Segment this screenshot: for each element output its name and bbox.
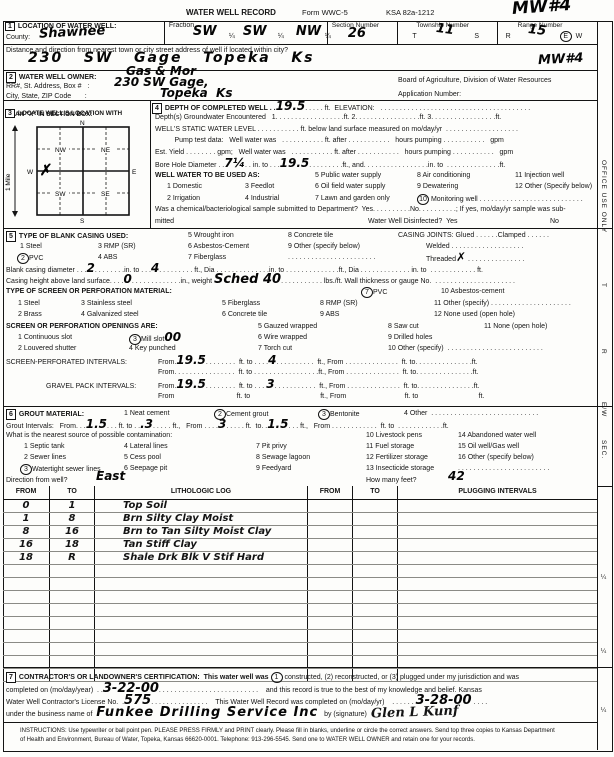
plug-interval-value [398,552,597,564]
office-use-label: SEC. [600,440,607,459]
casing-option-1: 1 Steel [20,242,42,251]
threaded-dots: . . . . . . . . . . . . . . . [466,256,524,263]
plug-interval-value [398,630,597,642]
plug-from-value [308,526,353,538]
screen-material-11: 11 Other (specify) . . . . . . . . . . .… [434,299,571,308]
strip-divider [598,667,612,668]
office-use-label: ¼ [600,574,607,582]
plug-from-value [308,591,353,603]
plug-to-value [353,643,398,655]
plug-from-value [308,539,353,551]
strip-divider [598,486,612,487]
contamination-6: 6 Seepage pit [124,464,167,473]
fraction-label: Fraction [169,22,194,29]
from-value: 8 [3,526,50,538]
to-value [50,643,95,655]
contamination-other-dots: . . . . . . . . . . . . . . . . . . . . … [458,464,549,473]
from-value [3,630,50,642]
gpi-from-handwritten: 19.5 [176,377,206,391]
plug-interval-value [398,565,597,577]
divider [3,228,597,229]
use-option-6: 6 Oil field water supply [315,182,385,191]
x-mark-handwritten: ✗ [38,161,53,179]
chem-sample-line: Was a chemical/bacteriological sample su… [155,205,566,216]
pump-test-line: Pump test data: Well water was . . . . .… [155,136,504,147]
from-value [3,565,50,577]
screen-material-2: 2 Brass [18,310,42,319]
grout-mid1: . . . ft. to . . [107,423,140,430]
use-option-7: 7 Lawn and garden only [315,194,390,203]
business-name-label: under the business name of [6,711,96,718]
col-to-1: TO [50,486,95,499]
opening-option-3-label: Mill slot [141,336,164,343]
plug-interval-value [398,643,597,655]
from-value [3,591,50,603]
from-value: 18 [3,552,50,564]
from-value [3,578,50,590]
completed-on-label: completed on (mo/day/year) . . [6,687,103,694]
township-t-label: T [412,33,416,40]
divider [3,44,597,45]
use-option-3: 3 Feedlot [245,182,274,191]
mitted-label: mitted [155,217,174,226]
casing-option-6: 6 Asbestos-Cement [188,242,249,251]
use-option-1: 1 Domestic [167,182,202,191]
south-label: S [80,218,85,225]
plug-to-value [353,604,398,616]
range-w-label: W [576,33,583,40]
plug-to-value [353,578,398,590]
grout-to2-handwritten: 1.5 [267,417,288,431]
contamination-3-circled: 3 [20,464,32,475]
to-value [50,591,95,603]
lithology-value [95,604,308,616]
use-option-2: 2 Irrigation [167,194,200,203]
fraction2-handwritten: SW [243,27,267,37]
form-title: WATER WELL RECORD [186,8,276,19]
col-from-1: FROM [3,486,50,499]
bore-rest-label: . . . . . . . . .ft., and. . . . . . . .… [309,162,505,169]
est-yield-line: Est. Yield . . . . . . . . gpm; Well wat… [155,148,513,159]
contamination-12: 12 Fertilizer storage [366,453,428,462]
contamination-label: What is the nearest source of possible c… [6,431,172,440]
casing-joints-label: CASING JOINTS: Glued . . . . . .Clamped … [398,231,549,240]
opening-option-4: 4 Key punched [129,344,176,353]
to-value [50,630,95,642]
table-row [3,630,597,643]
plug-to-value [353,526,398,538]
opening-option-8: 8 Saw cut [388,322,419,331]
section6-title: GROUT MATERIAL: [19,411,84,418]
plug-interval-value [398,513,597,525]
contamination-9: 9 Feedyard [256,464,291,473]
grout-mid3: . . . . . ft. to. . [226,423,267,430]
lithology-value [95,591,308,603]
gpi-rest-label: . . . . . . . . . . . ft., From . . . . … [275,383,480,390]
lithology-value [95,578,308,590]
screen-material-12: 12 None used (open hole) [434,310,515,319]
elevation-label: . . . . . ft. ELEVATION: . . . . . . . .… [305,105,530,112]
contamination-16: 16 Other (specify below) [458,453,534,462]
section1-location-row: 1LOCATION OF WATER WELL: County: Shawnee… [3,21,597,44]
contamination-10: 10 Livestock pens [366,431,422,440]
section3-number: 3 [5,109,15,118]
casing-option-8: 8 Concrete tile [288,231,333,240]
casing-option-7: 7 Fiberglass [188,253,226,262]
plug-from-value [308,565,353,577]
nw-label: NW [55,147,67,154]
table-row [3,604,597,617]
form-statute: KSA 82a-1212 [386,8,434,19]
plug-to-value [353,617,398,629]
disinfected-label: Water Well Disinfected? Yes [368,217,458,226]
gravel-pack-label: GRAVEL PACK INTERVALS: [6,382,158,391]
casing-option-4: 4 ABS [98,253,117,262]
use-option-12: 12 Other (Specify below) [515,182,592,191]
gpi-to-handwritten: 3 [266,377,274,391]
lithologic-table: FROM TO LITHOLOGIC LOG FROM TO PLUGGING … [3,486,597,682]
north-label: N [80,120,85,127]
lithology-value: Shale Drk Blk V Stif Hard [95,552,308,564]
from-value [3,617,50,629]
section1-number: 1 [5,22,15,31]
sw-label: SW [55,191,66,198]
plug-to-value [353,552,398,564]
screen-intervals-line2: From. . . . . . . . . . . . . . . . ft. … [158,368,479,379]
business-name-handwritten: Funkee Drilling Service Inc [96,705,318,720]
well-id-handwritten-top: MW#4 [512,0,572,16]
use-option-11: 11 Injection well [515,171,564,180]
section5-number: 5 [6,231,16,242]
grout-rest: . . . ft., From . . . . . . . . . . . . … [288,423,448,430]
township-s-label: S [474,33,479,40]
constructed-1-circled: 1 [271,672,283,683]
township-cell: Township Number T 11 S [397,21,496,44]
form-number: Form WWC-5 [302,8,348,19]
plug-from-value [308,630,353,642]
plug-to-value [353,500,398,512]
water-well-record-form: WATER WELL RECORD Form WWC-5 KSA 82a-121… [0,0,614,757]
county-cell: 1LOCATION OF WATER WELL: County: Shawnee [3,21,164,44]
office-use-label: OFFICE USE ONLY [600,160,607,233]
county-value-handwritten: Shawnee [39,26,106,39]
grout-intervals-label: Grout Intervals: From. . . [6,423,86,430]
lithology-value: Brn Silty Clay Moist [95,513,308,525]
screen-material-5: 5 Fiberglass [222,299,260,308]
screen-material-7-circled: 7 [361,287,373,298]
section-number-cell: Section Number 26 [327,21,398,44]
welded-label: Welded . . . . . . . . . . . . . . . . .… [426,242,524,251]
contamination-8: 8 Sewage lagoon [256,453,310,462]
direction-handwritten: East [96,472,125,481]
casing-other-dots: . . . . . . . . . . . . . . . . . . . . … [288,253,376,262]
grout-option-3-label: Bentonite [330,411,360,418]
screen-material-7-label: PVC [373,289,387,296]
to-value: 18 [50,539,95,551]
from-value [3,643,50,655]
from-value: 1 [3,513,50,525]
grout-option-4: 4 Other . . . . . . . . . . . . . . . . … [404,409,538,418]
plug-from-value [308,578,353,590]
casing-option-3: 3 RMP (SR) [98,242,136,251]
fraction-cell: Fraction SW ¼ SW ¼ NW ¼ [164,21,327,44]
bore-depth-handwritten: 19.5 [280,156,310,170]
fraction1-handwritten: SW [193,27,217,37]
office-use-label: E/W [600,402,607,417]
use-option-4: 4 Industrial [245,194,279,203]
grout-option-3-circled: 3 [318,409,330,420]
from-value [3,604,50,616]
use-option-10-label: Monitoring well . . . . . . . . . . . . … [431,196,583,203]
township-value-handwritten: 11 [436,24,455,36]
threaded-x-handwritten: ✗ [456,250,466,264]
plug-to-value [353,539,398,551]
divider [3,70,597,71]
table-row: 8 16 Brn to Tan Silty Moist Clay [3,526,597,539]
table-row [3,617,597,630]
opening-option-6: 6 Wire wrapped [258,333,307,342]
by-signature-label: by (signature) [318,711,371,718]
screen-material-4: 4 Galvanized steel [81,310,139,319]
plug-from-value [308,552,353,564]
opening-option-2: 2 Louvered shutter [18,344,76,353]
casing-option-2-label: PVC [29,255,43,262]
col-lithologic-log: LITHOLOGIC LOG [95,486,308,499]
contamination-15: 15 Oil well/Gas well [458,442,519,451]
how-many-feet-label: How many feet? [366,476,417,485]
plug-from-value [308,643,353,655]
gpi-mid-label: . . . . . . . . ft. to . . . [206,383,266,390]
to-value [50,617,95,629]
use-option-5: 5 Public water supply [315,171,381,180]
east-label: E [132,169,137,176]
col-to-2: TO [353,486,398,499]
divider [3,667,597,668]
col-from-2: FROM [308,486,353,499]
section6-number: 6 [6,409,16,420]
contamination-4: 4 Lateral lines [124,442,168,451]
west-label: W [27,169,34,176]
spi-mid-label: . . . . . . . . ft. to . . . . [206,359,268,366]
plug-interval-value [398,604,597,616]
casing-diameter-handwritten: 2 [87,261,95,275]
section-box-diagram: 1 Mile NW NE SW SE N S W E ✗ [3,119,150,227]
certification-title: CONTRACTOR'S OR LANDOWNER'S CERTIFICATIO… [19,674,271,681]
plug-from-value [308,617,353,629]
static-water-level-line: WELL'S STATIC WATER LEVEL . . . . . . . … [155,125,518,136]
section3-panel: 3LOCATE WELL'S LOCATION WITH AN "X" IN S… [3,100,151,228]
screen-intervals-label: SCREEN-PERFORATED INTERVALS: [6,358,158,367]
table-row [3,591,597,604]
bore-into-label: . . in. to . . . [245,162,280,169]
casing-rest-label: . . . . . . . . . ft., Dia . . . . . . .… [159,267,483,274]
section3-title-line2: AN "X" IN SECTION BOX: [15,111,92,118]
well-id-handwritten-side: MW#4 [538,54,584,66]
contamination-2: 2 Sewer lines [24,453,66,462]
contamination-11: 11 Fuel storage [366,442,414,451]
divider [3,406,597,407]
grout-mid2: . . . . . ft., From . . . . [153,423,218,430]
range-east-circled: E [560,31,572,42]
table-row [3,578,597,591]
spi-rest-label: . . . . . . . . . . ft., From . . . . . … [277,359,478,366]
to-value: 1 [50,500,95,512]
plug-interval-value [398,526,597,538]
divider [3,722,597,723]
casing-height-handwritten: 0 [124,272,132,286]
gravel-pack-line2: From ft. to ft., From ft. to ft. [158,392,484,403]
to-value: 16 [50,526,95,538]
range-r-label: R [506,33,511,40]
screen-openings-label: SCREEN OR PERFORATION OPENINGS ARE: [6,322,158,331]
plug-from-value [308,513,353,525]
threaded-label: Threaded [426,256,456,263]
lithology-value: Tan Stiff Clay [95,539,308,551]
plug-interval-value [398,617,597,629]
bore-diameter-handwritten: 7¼ [224,156,245,170]
office-use-label: ¼ [600,707,607,715]
gpi-from-label: From. [158,383,176,390]
plug-to-value [353,591,398,603]
groundwater-encountered-line: Depth(s) Groundwater Encountered 1. . . … [155,113,501,124]
grout-to1-handwritten: .3 [140,417,153,431]
ne-label: NE [101,147,111,154]
fraction3-handwritten: NW [296,27,321,37]
screen-material-10: 10 Asbestos-cement [441,287,504,296]
section7-number: 7 [6,672,16,683]
casing-option-5: 5 Wrought iron [188,231,234,240]
lithology-value [95,565,308,577]
contamination-5: 5 Cess pool [124,453,161,462]
owner-city-handwritten: Topeka Ks [160,89,233,98]
screen-material-9: 9 ABS [320,310,339,319]
lithology-value: Brn to Tan Silty Moist Clay [95,526,308,538]
opening-option-11: 11 None (open hole) [484,322,547,331]
feet-handwritten: 42 [448,472,465,481]
table-body: 0 1 Top Soil 1 8 Brn Silty Clay Moist 8 … [3,500,597,682]
plug-to-value [353,565,398,577]
depth-completed-label: DEPTH OF COMPLETED WELL . . [165,105,276,112]
contamination-1: 1 Septic tank [24,442,64,451]
use-option-8: 8 Air conditioning [417,171,470,180]
weight-label: . . . . . . . . . . . . .in., weight [132,278,214,285]
table-row [3,565,597,578]
office-use-label: R [600,349,607,355]
board-of-agriculture-text: Board of Agriculture, Division of Water … [398,76,551,87]
quarter-mark-2: ¼ [278,33,284,40]
office-use-label: T [600,283,607,288]
use-option-10-circled: 10 [417,194,429,205]
contamination-14: 14 Abandoned water well [458,431,536,440]
disinfected-no-label: No [550,217,559,226]
certification-rest: constructed, (2) reconstructed, or (3) p… [283,674,520,681]
lithology-value [95,643,308,655]
direction-from-well-label: Direction from well? [6,476,67,485]
to-value [50,578,95,590]
plug-interval-value [398,578,597,590]
casing-option-9: 9 Other (specify below) [288,242,360,251]
contamination-7: 7 Pit privy [256,442,287,451]
screen-material-8: 8 RMP (SR) [320,299,358,308]
to-value [50,565,95,577]
grout-option-2-label: Cement grout [226,411,268,418]
spi-to-handwritten: 4 [268,353,276,367]
screen-material-1: 1 Steel [18,299,40,308]
from-value: 0 [3,500,50,512]
opening-option-10: 10 Other (specify) . . . . . . . . . . .… [388,344,543,353]
use-option-9: 9 Dewatering [417,182,458,191]
plug-interval-value [398,591,597,603]
opening-option-1: 1 Continuous slot [18,333,72,342]
record-date-dots: . . . . [472,699,488,706]
table-row: 16 18 Tan Stiff Clay [3,539,597,552]
plug-from-value [308,604,353,616]
section-number-handwritten: 26 [348,29,366,39]
depth-completed-handwritten: 19.5 [276,99,306,113]
section2-title: WATER WELL OWNER: [19,74,97,81]
table-row: 0 1 Top Soil [3,500,597,513]
table-header-row: FROM TO LITHOLOGIC LOG FROM TO PLUGGING … [3,486,597,500]
lithology-value: Top Soil [95,500,308,512]
to-value: 8 [50,513,95,525]
opening-option-7: 7 Torch cut [258,344,292,353]
table-row [3,643,597,656]
casing-height-label: Casing height above land surface. . . . [6,278,124,285]
casing-option-2-circled: 2 [17,253,29,264]
grout-from1-handwritten: 1.5 [86,417,107,431]
to-value: R [50,552,95,564]
table-row: 1 8 Brn Silty Clay Moist [3,513,597,526]
opening-option-9: 9 Drilled holes [388,333,432,342]
plug-interval-value [398,500,597,512]
range-value-handwritten: 15 [527,25,546,37]
screen-material-3: 3 Stainless steel [81,299,132,308]
plug-interval-value [398,539,597,551]
spi-from-handwritten: 19.5 [176,353,206,367]
lithology-value [95,630,308,642]
opening-option-5: 5 Gauzed wrapped [258,322,317,331]
plug-to-value [353,513,398,525]
se-label: SE [101,191,110,198]
lithology-value [95,617,308,629]
bore-hole-diameter-label: Bore Hole Diameter . . [155,162,224,169]
use-as-label: WELL WATER TO BE USED AS: [155,171,260,180]
contamination-3-label: Watertight sewer lines [32,466,101,473]
screen-material-6: 6 Concrete tile [222,310,267,319]
from-value: 16 [3,539,50,551]
office-use-label: ¼ [600,648,607,656]
signature-handwritten: Glen L Kunf [371,706,459,718]
weight-handwritten: Sched 40 [214,272,281,287]
instructions-line2: of Health and Environment, Bureau of Wat… [20,736,580,745]
blank-casing-diameter-label: Blank casing diameter . . . [6,267,87,274]
wall-thickness-label: . . . . . . . . . . . lbs./ft. Wall thic… [281,278,515,285]
section5-title: TYPE OF BLANK CASING USED: [19,233,128,240]
spi-from-label: From. [158,359,176,366]
instructions-line1: INSTRUCTIONS: Use typewriter or ball poi… [20,727,580,736]
table-row: 18 R Shale Drk Blk V Stif Hard [3,552,597,565]
contamination-13: 13 Insecticide storage [366,464,434,473]
county-label: County: [6,34,30,41]
plug-to-value [353,630,398,642]
quarter-mark-1: ¼ [229,33,235,40]
office-use-strip: OFFICE USE ONLYTRE/WSEC.¼¼¼ [597,21,612,750]
to-value [50,604,95,616]
plug-from-value [308,500,353,512]
screen-material-label: TYPE OF SCREEN OR PERFORATION MATERIAL: [6,287,172,296]
range-cell: Range Number R 15 E W [497,21,597,44]
col-plugging-intervals: PLUGGING INTERVALS [398,486,597,499]
